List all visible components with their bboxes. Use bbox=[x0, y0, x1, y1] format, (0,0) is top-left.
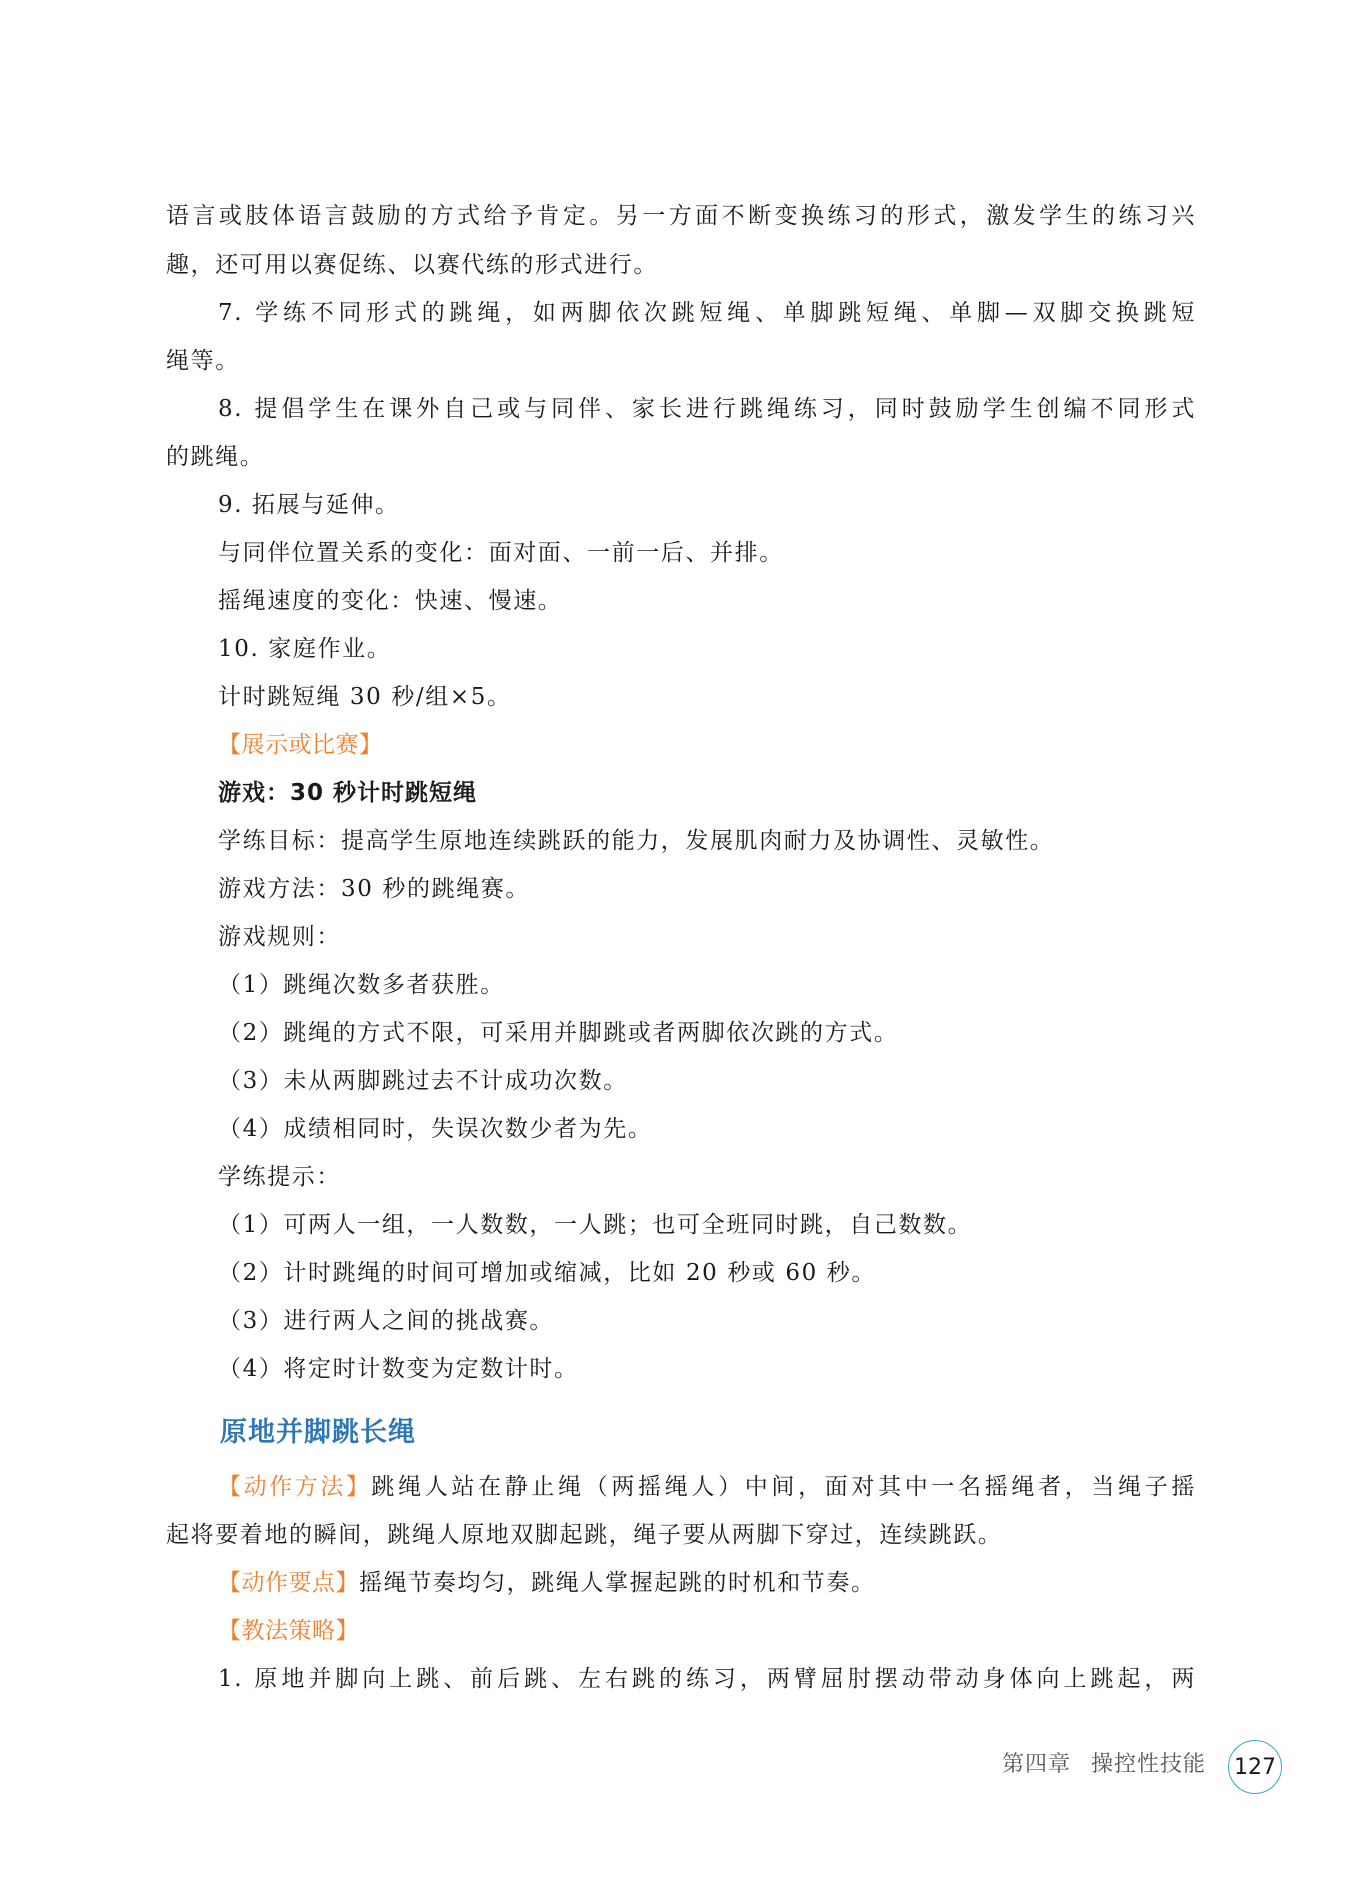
rules-label: 游戏规则： bbox=[218, 922, 1248, 952]
list-item-8-cont: 的跳绳。 bbox=[166, 442, 1196, 472]
page-number-badge: 127 bbox=[1228, 1740, 1282, 1794]
rule-item: （1）跳绳次数多者获胜。 bbox=[218, 970, 1248, 1000]
section-title: 原地并脚跳长绳 bbox=[220, 1416, 416, 1450]
showcase-heading: 【展示或比赛】 bbox=[218, 730, 1248, 760]
page-number: 127 bbox=[1234, 1755, 1276, 1780]
teaching-strategy-heading: 【教法策略】 bbox=[218, 1616, 1248, 1646]
tip-item: （1）可两人一组，一人数数，一人跳；也可全班同时跳，自己数数。 bbox=[218, 1210, 1248, 1240]
chapter-label: 第四章 bbox=[1002, 1752, 1071, 1777]
list-item-8: 8. 提倡学生在课外自己或与同伴、家长进行跳绳练习，同时鼓励学生创编不同形式 bbox=[218, 394, 1196, 424]
list-item-7-cont: 绳等。 bbox=[166, 346, 1196, 376]
game-title: 游戏：30 秒计时跳短绳 bbox=[218, 778, 1248, 808]
textbook-page: 语言或肢体语言鼓励的方式给予肯定。另一方面不断变换练习的形式，激发学生的练习兴 … bbox=[0, 0, 1359, 1891]
list-item-10-sub: 计时跳短绳 30 秒/组×5。 bbox=[218, 682, 1248, 712]
action-method-text: 跳绳人站在静止绳（两摇绳人）中间，面对其中一名摇绳者，当绳子摇 bbox=[371, 1474, 1196, 1500]
list-item-7: 7. 学练不同形式的跳绳，如两脚依次跳短绳、单脚跳短绳、单脚—双脚交换跳短 bbox=[218, 298, 1196, 328]
action-method-line: 【动作方法】跳绳人站在静止绳（两摇绳人）中间，面对其中一名摇绳者，当绳子摇 bbox=[218, 1472, 1196, 1502]
running-footer: 第四章操控性技能 bbox=[1002, 1750, 1206, 1780]
tip-item: （2）计时跳绳的时间可增加或缩减，比如 20 秒或 60 秒。 bbox=[218, 1258, 1248, 1288]
rule-item: （4）成绩相同时，失误次数少者为先。 bbox=[218, 1114, 1248, 1144]
rule-item: （2）跳绳的方式不限，可采用并脚跳或者两脚依次跳的方式。 bbox=[218, 1018, 1248, 1048]
paragraph-line: 语言或肢体语言鼓励的方式给予肯定。另一方面不断变换练习的形式，激发学生的练习兴 bbox=[166, 201, 1196, 231]
action-method-cont: 起将要着地的瞬间，跳绳人原地双脚起跳，绳子要从两脚下穿过，连续跳跃。 bbox=[166, 1520, 1196, 1550]
key-points-line: 【动作要点】摇绳节奏均匀，跳绳人掌握起跳的时机和节奏。 bbox=[218, 1568, 1248, 1598]
rule-item: （3）未从两脚跳过去不计成功次数。 bbox=[218, 1066, 1248, 1096]
list-item-10: 10. 家庭作业。 bbox=[218, 634, 1248, 664]
list-item-9-sub: 摇绳速度的变化：快速、慢速。 bbox=[218, 586, 1248, 616]
key-points-label: 【动作要点】 bbox=[218, 1570, 359, 1596]
list-item-9-sub: 与同伴位置关系的变化：面对面、一前一后、并排。 bbox=[218, 538, 1248, 568]
tip-item: （3）进行两人之间的挑战赛。 bbox=[218, 1306, 1248, 1336]
action-method-label: 【动作方法】 bbox=[218, 1474, 371, 1500]
game-method: 游戏方法：30 秒的跳绳赛。 bbox=[218, 874, 1248, 904]
chapter-title: 操控性技能 bbox=[1091, 1752, 1206, 1777]
tips-label: 学练提示： bbox=[218, 1162, 1248, 1192]
game-goal: 学练目标：提高学生原地连续跳跃的能力，发展肌肉耐力及协调性、灵敏性。 bbox=[218, 826, 1248, 856]
paragraph-line: 趣，还可用以赛促练、以赛代练的形式进行。 bbox=[166, 250, 1196, 280]
list-item-9: 9. 拓展与延伸。 bbox=[218, 490, 1248, 520]
key-points-text: 摇绳节奏均匀，跳绳人掌握起跳的时机和节奏。 bbox=[359, 1570, 876, 1596]
strategy-item-1: 1. 原地并脚向上跳、前后跳、左右跳的练习，两臂屈肘摆动带动身体向上跳起，两 bbox=[218, 1664, 1196, 1694]
tip-item: （4）将定时计数变为定数计时。 bbox=[218, 1354, 1248, 1384]
